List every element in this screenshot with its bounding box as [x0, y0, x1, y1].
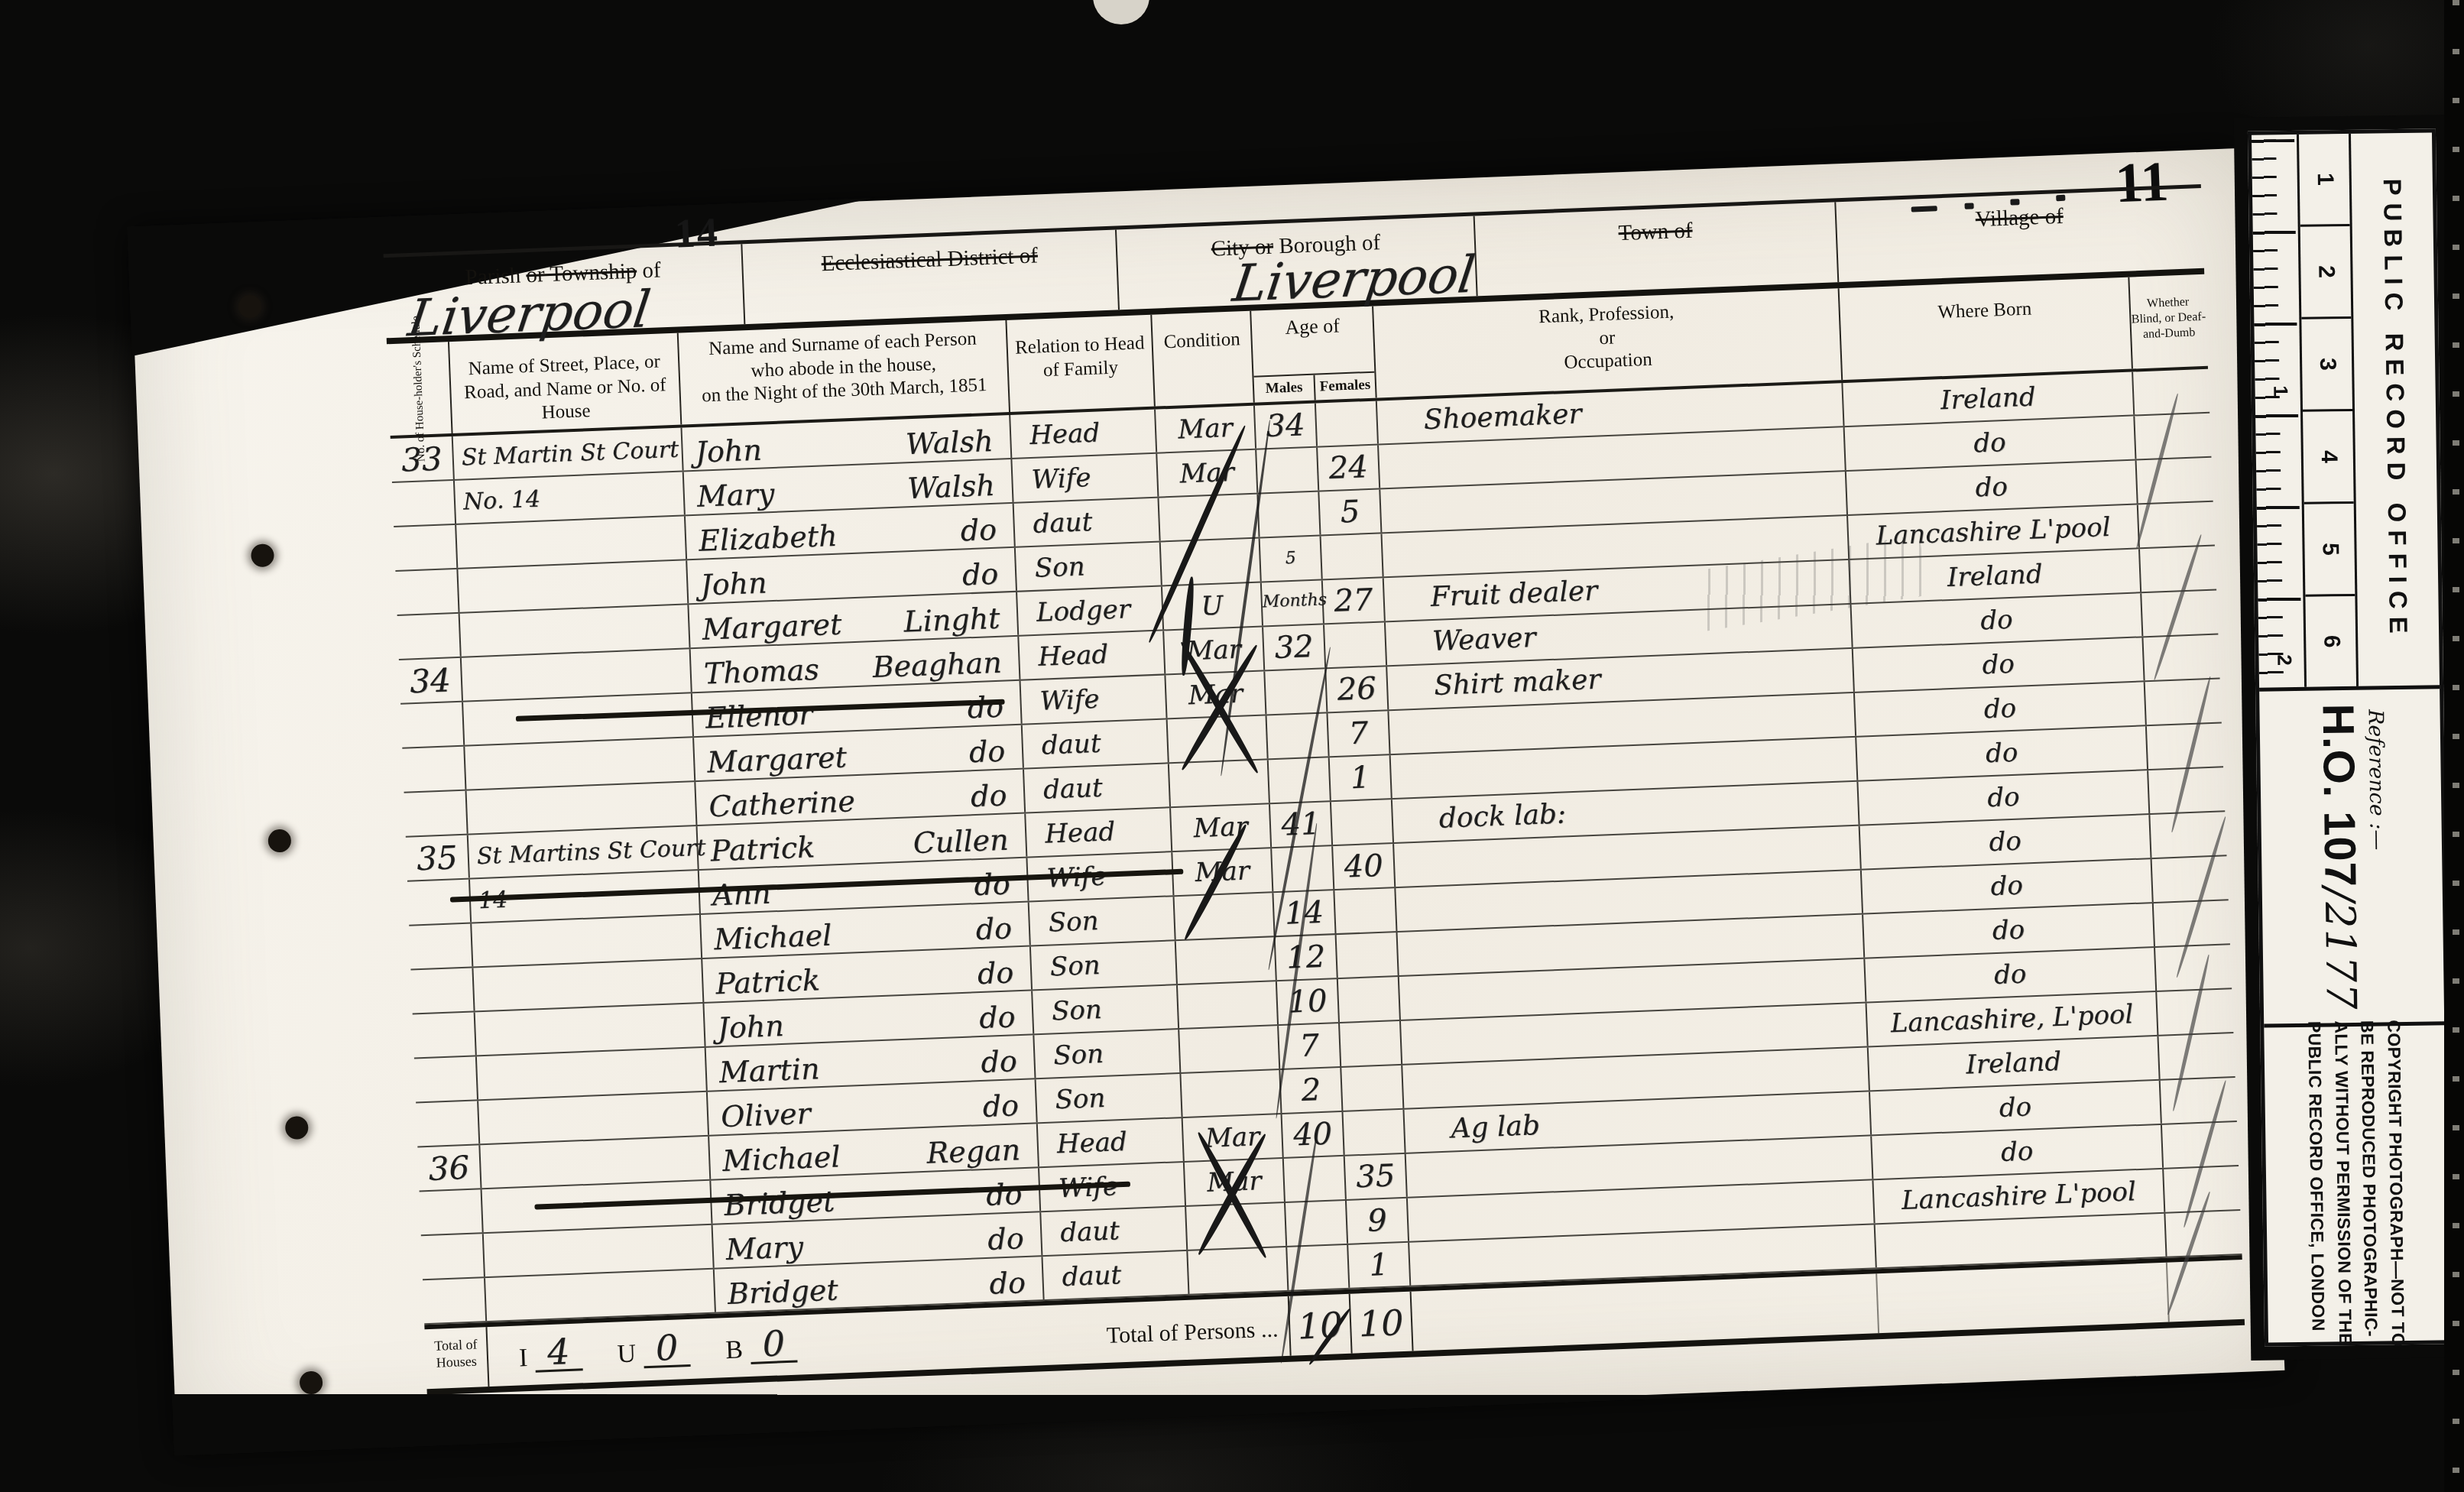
cell-blind — [2154, 945, 2232, 991]
pro-copyright-box: COPYRIGHT PHOTOGRAPH—NOT TOBE REPRODUCED… — [2264, 1025, 2449, 1342]
cell-street — [482, 1225, 713, 1276]
name-surname: Regan — [926, 1135, 1021, 1168]
cell-age-female — [1342, 1110, 1405, 1155]
cell-street — [455, 516, 686, 567]
cell-schedule — [421, 1234, 484, 1279]
cell-age-female: 9 — [1345, 1198, 1408, 1244]
microfilm-photo: 14 11 Parish or Township ofLiverpoolEccl… — [0, 0, 2464, 1492]
total-houses-label: Total of Houses — [425, 1327, 488, 1389]
name-surname: do — [987, 1224, 1025, 1254]
column-header-condition: Condition — [1150, 311, 1253, 407]
ruler-number-box: 6 — [2305, 596, 2356, 687]
cell-blind — [2157, 1033, 2235, 1079]
cell-age-female — [1337, 977, 1399, 1022]
cell-street — [475, 1048, 706, 1099]
name-surname: do — [989, 1268, 1026, 1299]
cell-relation: daut — [1041, 1251, 1188, 1299]
cell-street — [472, 959, 702, 1010]
cell-condition: Mar — [1162, 628, 1263, 674]
header-field: Parish or Township ofLiverpool — [384, 244, 744, 338]
name-surname: do — [974, 869, 1011, 900]
cell-age-male: 5 Months — [1259, 537, 1321, 582]
cell-street — [463, 738, 694, 789]
name-surname: Cullen — [913, 825, 1009, 858]
cell-relation: Son — [1029, 941, 1176, 989]
cell-blind — [2144, 679, 2222, 725]
cell-schedule — [409, 924, 472, 969]
column-header-females: Females — [1315, 372, 1375, 400]
name-surname: do — [981, 1046, 1018, 1077]
name-surname: Walsh — [905, 427, 994, 459]
cell-street — [465, 782, 696, 833]
name-surname: do — [982, 1091, 1020, 1121]
cell-relation: Son — [1033, 1030, 1179, 1078]
cell-age-male: 12 — [1274, 935, 1337, 980]
cell-relation: Head — [1024, 808, 1171, 856]
name-surname: do — [967, 692, 1004, 723]
name-surname: do — [970, 781, 1007, 812]
cell-schedule — [416, 1101, 478, 1146]
table-rows: 33 St Martin St Court John Walsh Head Ma… — [391, 369, 2242, 1325]
reference-label: Reference :— — [2363, 702, 2391, 1009]
name-surname: do — [961, 559, 999, 590]
cell-schedule — [413, 1012, 475, 1057]
cell-age-male — [1282, 1156, 1345, 1202]
pro-title: PUBLIC RECORD OFFICE — [2378, 178, 2413, 641]
column-header-relation: Relation to Head of Family — [1005, 315, 1153, 412]
ruler-number-box: 2 — [2300, 226, 2352, 319]
cell-blind — [2145, 723, 2223, 769]
cell-schedule — [423, 1278, 485, 1323]
cell-schedule — [404, 791, 467, 836]
name-given: John — [700, 568, 767, 599]
cell-schedule — [410, 968, 473, 1014]
column-header-age: Age of Males Females — [1250, 307, 1375, 403]
ruler-number-box: 5 — [2304, 504, 2355, 597]
cell-blind — [2135, 458, 2213, 504]
cell-relation: Lodger — [1016, 587, 1162, 635]
name-given: Thomas — [703, 655, 819, 689]
punch-hole — [267, 829, 291, 853]
cell-age-male — [1267, 757, 1330, 803]
cell-relation: daut — [1023, 764, 1169, 812]
cell-age-male: 34 — [1253, 404, 1316, 449]
cell-relation: daut — [1013, 498, 1159, 547]
cell-blind — [2151, 856, 2229, 902]
name-given: Patrick — [710, 832, 815, 865]
pro-reference-box: Reference :— H.O. 107/2177 — [2259, 689, 2444, 1027]
cell-condition — [1179, 1070, 1280, 1117]
cell-age-female — [1315, 401, 1377, 446]
pro-ruler: 1 2 123456 PUBLIC RECORD OFFICE — [2252, 132, 2440, 691]
cell-street — [484, 1270, 715, 1321]
cell-age-female — [1320, 534, 1383, 579]
ruler-inch-number: 2 — [2272, 654, 2296, 666]
cell-age-female: 40 — [1331, 844, 1394, 889]
ruler-number-box: 3 — [2301, 319, 2352, 412]
houses-inhabited: I 4 — [518, 1335, 582, 1374]
cell-schedule — [400, 702, 463, 748]
cell-age-female: 27 — [1321, 578, 1384, 623]
cell-age-female — [1340, 1065, 1402, 1111]
cell-condition: Mar — [1154, 406, 1255, 452]
cell-condition — [1178, 1026, 1279, 1072]
cell-condition — [1176, 981, 1277, 1028]
cell-relation: Head — [1009, 410, 1156, 458]
cell-blind — [2132, 369, 2209, 415]
name-given: Ann — [712, 878, 771, 910]
name-surname: do — [985, 1179, 1023, 1210]
cell-relation: daut — [1039, 1207, 1186, 1255]
cell-blind — [2133, 414, 2211, 459]
cell-age-male: 2 — [1279, 1068, 1341, 1113]
name-given: Catherine — [708, 787, 856, 821]
cell-condition: Mar — [1156, 450, 1256, 497]
cell-age-female: 24 — [1316, 446, 1379, 491]
column-header-street: Name of Street, Place, or Road, and Name… — [448, 333, 680, 433]
cell-street — [474, 1004, 705, 1055]
ruler-ticks: 1 2 — [2252, 135, 2307, 688]
header-field-value: Liverpool — [1230, 249, 1478, 310]
public-record-office-strip: 1 2 123456 PUBLIC RECORD OFFICE Referenc… — [2248, 128, 2453, 1346]
copyright-text: COPYRIGHT PHOTOGRAPH—NOT TOBE REPRODUCED… — [2301, 1020, 2411, 1348]
column-header-name: Name and Surname of each Person who abod… — [677, 320, 1009, 424]
cell-condition — [1166, 715, 1267, 762]
name-surname: do — [975, 913, 1013, 944]
name-surname: Walsh — [906, 471, 995, 503]
cell-age-female — [1335, 932, 1398, 978]
total-houses-values: I 4 U 0 B 0 — [485, 1311, 916, 1387]
name-given: Mary — [725, 1232, 804, 1264]
cell-age-female — [1333, 888, 1396, 933]
cell-age-male — [1256, 492, 1319, 537]
cell-condition — [1175, 937, 1276, 984]
cell-age-male — [1260, 581, 1323, 626]
houses-building: B 0 — [725, 1327, 798, 1365]
cell-blind — [2141, 635, 2219, 681]
cell-relation: Son — [1028, 897, 1175, 945]
name-given: Michael — [722, 1142, 841, 1176]
name-given: Margaret — [702, 610, 842, 644]
name-given: Oliver — [720, 1099, 811, 1131]
cell-blind — [2138, 547, 2216, 592]
header-field: City or Borough ofLiverpool — [1115, 216, 1477, 310]
name-given: Patrick — [715, 965, 821, 998]
name-given: Ellenor — [705, 699, 812, 732]
cell-age-male — [1284, 1201, 1347, 1246]
cell-relation: Son — [1031, 985, 1178, 1033]
cell-street — [478, 1137, 709, 1188]
name-surname: do — [968, 737, 1006, 767]
header-field: Ecclesiastical District of — [741, 230, 1118, 325]
name-given: Elizabeth — [698, 521, 838, 556]
census-page: 14 11 Parish or Township ofLiverpoolEccl… — [130, 148, 2284, 1451]
total-persons-label: Total of Persons ... — [913, 1296, 1290, 1370]
column-header-males: Males — [1254, 375, 1316, 402]
cell-street: St Martin St Court — [452, 428, 682, 479]
reference-number: H.O. 107/2177 — [2312, 703, 2368, 1010]
name-given: Mary — [696, 479, 775, 511]
cell-condition: Mar — [1182, 1114, 1282, 1161]
cell-schedule — [420, 1189, 482, 1234]
name-given: Bridget — [724, 1187, 835, 1221]
cell-age-female — [1338, 1021, 1401, 1066]
name-surname: do — [960, 515, 997, 546]
cell-blind — [2161, 1122, 2239, 1168]
column-header-blind: Whether Blind, or Deaf-and-Dumb — [2128, 274, 2208, 369]
cell-schedule — [414, 1056, 477, 1101]
cell-blind — [2164, 1211, 2242, 1257]
census-table: Parish or Township ofLiverpoolEcclesiast… — [383, 184, 2245, 1395]
cell-age-female: 26 — [1324, 667, 1387, 712]
cell-age-female: 1 — [1347, 1243, 1409, 1288]
name-given: John — [695, 435, 762, 466]
name-given: Bridget — [727, 1275, 838, 1309]
ruler-inch-number: 1 — [2268, 385, 2292, 397]
punch-hole — [300, 1370, 323, 1394]
cell-schedule: 34 — [399, 658, 462, 703]
cell-age-male: 10 — [1276, 979, 1338, 1024]
punch-hole — [285, 1116, 309, 1140]
ruler-number-box: 1 — [2299, 134, 2350, 227]
cell-schedule: 36 — [417, 1145, 480, 1190]
name-surname: Beaghan — [872, 648, 1002, 682]
cell-street — [470, 915, 701, 966]
cell-relation: Head — [1036, 1118, 1183, 1166]
header-field-value: Liverpool — [405, 284, 653, 345]
ruler-number-boxes: 123456 — [2299, 134, 2359, 687]
pro-title-box: PUBLIC RECORD OFFICE — [2351, 132, 2440, 686]
name-given: Martin — [718, 1054, 820, 1087]
cell-age-male: 32 — [1262, 624, 1324, 670]
cell-street — [477, 1092, 708, 1143]
cell-age-female — [1323, 622, 1386, 667]
name-given: John — [717, 1011, 784, 1043]
cell-age-female: 1 — [1328, 755, 1391, 800]
houses-uninhabited: U 0 — [617, 1331, 692, 1370]
cell-relation: Head — [1017, 631, 1164, 680]
ruler-number-box: 4 — [2303, 411, 2354, 504]
cell-relation: Son — [1014, 543, 1161, 591]
film-sprocket-edge — [2444, 0, 2464, 1492]
name-given: Margaret — [707, 743, 848, 777]
cell-age-male — [1266, 713, 1328, 758]
cell-age-male: 40 — [1281, 1112, 1344, 1157]
cell-schedule — [402, 747, 465, 792]
header-field: Village of — [1834, 188, 2204, 282]
punch-hole — [251, 543, 274, 567]
name-surname: do — [979, 1002, 1016, 1033]
column-header-born: Where Born — [1838, 277, 2132, 380]
cell-street — [456, 560, 687, 611]
cell-schedule: 35 — [406, 835, 468, 881]
cell-condition: Mar — [1169, 804, 1270, 851]
total-persons-females: 10 — [1349, 1292, 1412, 1354]
column-header-schedule: No. of House-holder's Schedule — [387, 342, 452, 436]
cell-schedule — [394, 525, 456, 570]
cell-relation: Wife — [1010, 454, 1157, 502]
cell-age-female: 7 — [1326, 711, 1389, 756]
name-given: Michael — [714, 920, 832, 954]
cell-age-male — [1270, 846, 1333, 891]
cell-relation: Son — [1035, 1074, 1182, 1122]
cell-schedule — [397, 614, 460, 659]
cell-relation: Wife — [1020, 675, 1166, 723]
film-notch — [1093, 0, 1149, 24]
name-surname: do — [977, 958, 1014, 988]
cell-condition — [1186, 1247, 1287, 1294]
cell-street — [460, 649, 691, 700]
cell-street — [459, 605, 689, 656]
cell-age-female: 35 — [1344, 1154, 1406, 1199]
cell-street: No. 14 — [453, 472, 684, 523]
cell-street: St Martins St Court — [467, 826, 698, 877]
cell-relation: daut — [1021, 719, 1168, 767]
cell-condition — [1185, 1203, 1285, 1250]
name-surname: Linght — [903, 604, 1000, 637]
cell-schedule — [395, 569, 458, 615]
cell-age-female: 5 — [1318, 490, 1380, 535]
cell-schedule — [392, 481, 455, 526]
cell-age-female — [1330, 800, 1392, 845]
header-field: Town of — [1474, 202, 1838, 296]
cell-schedule — [407, 880, 470, 925]
